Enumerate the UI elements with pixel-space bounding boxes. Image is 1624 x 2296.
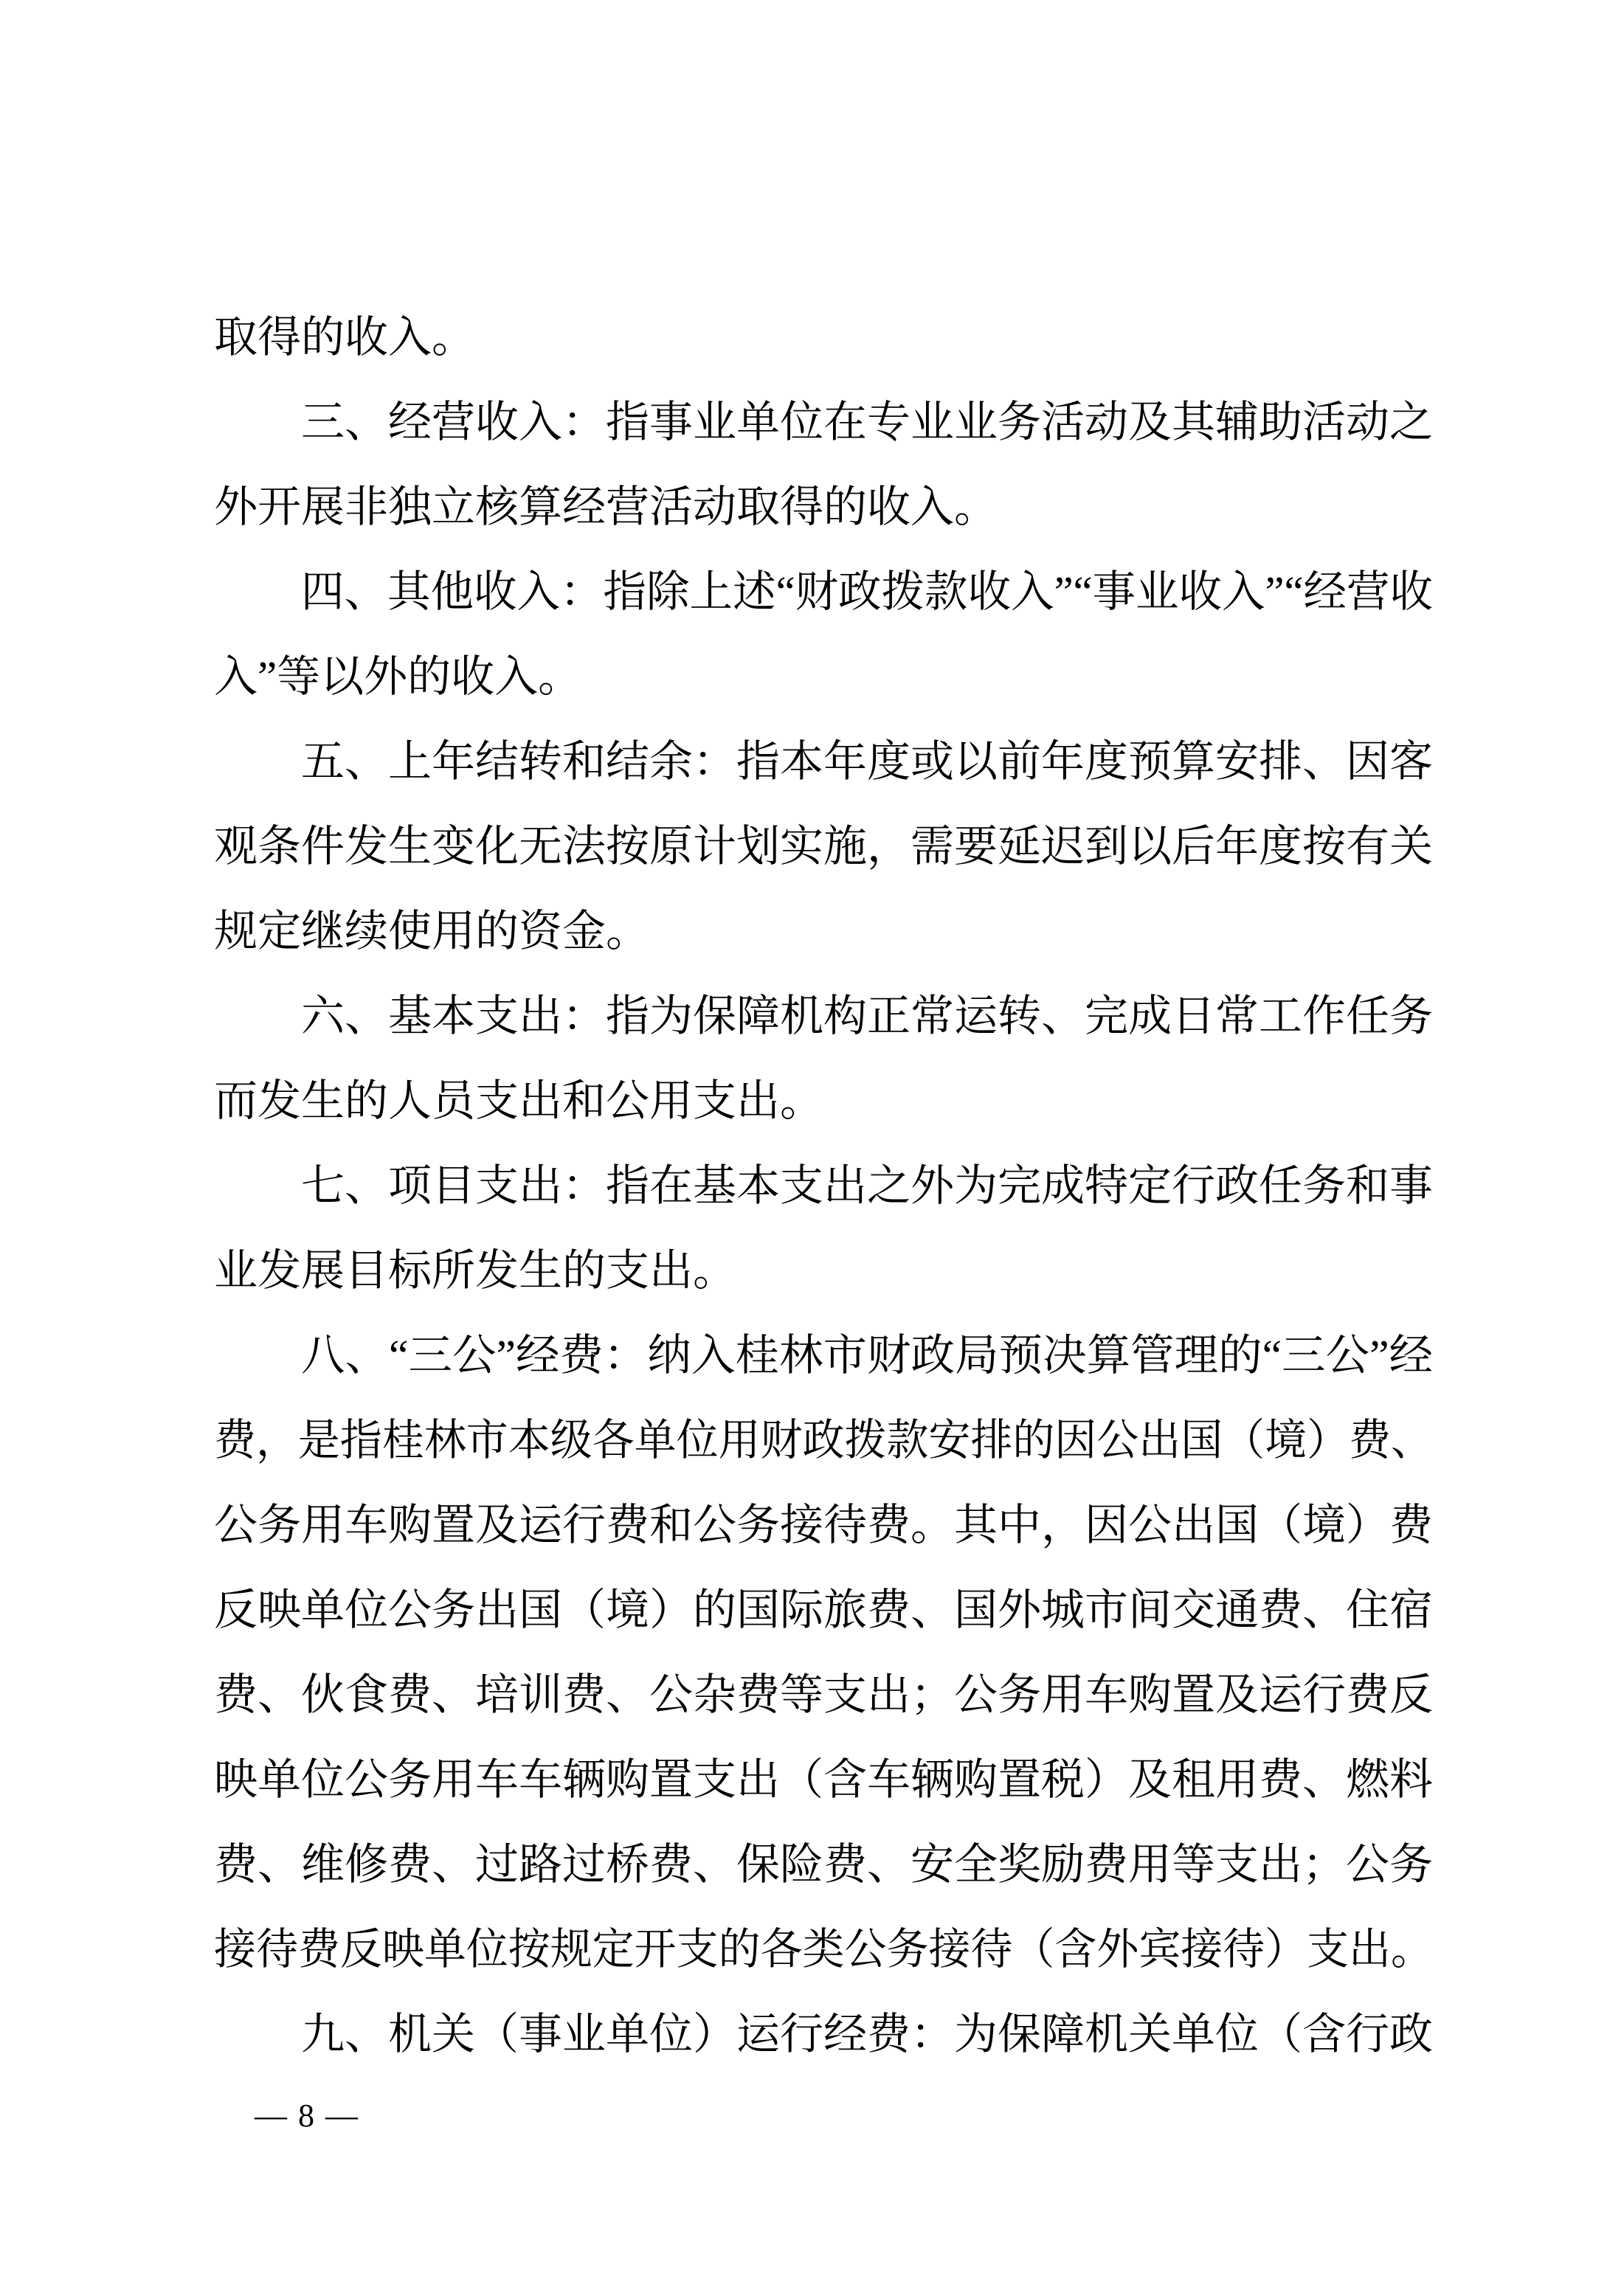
text-line: 外开展非独立核算经营活动取得的收入。 [214, 465, 1433, 550]
text-line-content: 五、上年结转和结余：指本年度或以前年度预算安排、因客 [301, 719, 1433, 804]
text-line: 接待费反映单位按规定开支的各类公务接待（含外宾接待）支出。 [214, 1907, 1433, 1992]
text-line-content: 规定继续使用的资金。 [214, 889, 649, 974]
text-line: 费、维修费、过路过桥费、保险费、安全奖励费用等支出；公务 [214, 1822, 1433, 1907]
text-line: 反映单位公务出国（境）的国际旅费、国外城市间交通费、住宿 [214, 1568, 1433, 1653]
text-line: 三、经营收入：指事业单位在专业业务活动及其辅助活动之 [214, 380, 1433, 465]
text-line-content: 六、基本支出：指为保障机构正常运转、完成日常工作任务 [301, 974, 1433, 1059]
text-line: 费、伙食费、培训费、公杂费等支出；公务用车购置及运行费反 [214, 1653, 1433, 1737]
page-number: — 8 — [255, 2094, 359, 2138]
text-line: 规定继续使用的资金。 [214, 889, 1433, 974]
text-line: 而发生的人员支出和公用支出。 [214, 1059, 1433, 1144]
text-line-content: 外开展非独立核算经营活动取得的收入。 [214, 465, 998, 550]
text-line: 费，是指桂林市本级各单位用财政拨款安排的因公出国（境）费、 [214, 1398, 1433, 1483]
text-line-content: 四、其他收入：指除上述“财政拨款收入”“事业收入”“经营收 [301, 550, 1433, 634]
text-line-content: 七、项目支出：指在基本支出之外为完成特定行政任务和事 [301, 1144, 1433, 1228]
text-line-content: 业发展目标所发生的支出。 [214, 1228, 736, 1313]
text-line-content: 费、伙食费、培训费、公杂费等支出；公务用车购置及运行费反 [214, 1653, 1433, 1737]
document-page: 取得的收入。三、经营收入：指事业单位在专业业务活动及其辅助活动之外开展非独立核算… [0, 0, 1624, 2296]
text-line-content: 而发生的人员支出和公用支出。 [214, 1059, 823, 1144]
text-line-content: 接待费反映单位按规定开支的各类公务接待（含外宾接待）支出。 [214, 1907, 1433, 1992]
text-line: 八、“三公”经费：纳入桂林市财政局预决算管理的“三公”经 [214, 1313, 1433, 1398]
text-line: 九、机关（事业单位）运行经费：为保障机关单位（含行政 [214, 1992, 1433, 2077]
text-line-content: 费、维修费、过路过桥费、保险费、安全奖励费用等支出；公务 [214, 1822, 1433, 1907]
text-line-content: 取得的收入。 [214, 295, 475, 380]
text-line-content: 费，是指桂林市本级各单位用财政拨款安排的因公出国（境）费、 [214, 1398, 1433, 1483]
text-line-content: 入”等以外的收入。 [214, 634, 581, 719]
text-line-content: 九、机关（事业单位）运行经费：为保障机关单位（含行政 [301, 1992, 1433, 2077]
text-line-content: 八、“三公”经费：纳入桂林市财政局预决算管理的“三公”经 [301, 1313, 1433, 1398]
text-line: 业发展目标所发生的支出。 [214, 1228, 1433, 1313]
text-line-content: 映单位公务用车车辆购置支出（含车辆购置税）及租用费、燃料 [214, 1737, 1433, 1822]
text-line-content: 公务用车购置及运行费和公务接待费。其中，因公出国（境）费 [214, 1483, 1433, 1568]
text-line-content: 三、经营收入：指事业单位在专业业务活动及其辅助活动之 [301, 380, 1433, 465]
text-line: 六、基本支出：指为保障机构正常运转、完成日常工作任务 [214, 974, 1433, 1059]
text-line: 五、上年结转和结余：指本年度或以前年度预算安排、因客 [214, 719, 1433, 804]
text-line: 四、其他收入：指除上述“财政拨款收入”“事业收入”“经营收 [214, 550, 1433, 634]
text-line: 取得的收入。 [214, 295, 1433, 380]
text-line-content: 观条件发生变化无法按原计划实施，需要延迟到以后年度按有关 [214, 804, 1433, 889]
text-line: 七、项目支出：指在基本支出之外为完成特定行政任务和事 [214, 1144, 1433, 1228]
text-line: 观条件发生变化无法按原计划实施，需要延迟到以后年度按有关 [214, 804, 1433, 889]
text-line-content: 反映单位公务出国（境）的国际旅费、国外城市间交通费、住宿 [214, 1568, 1433, 1653]
text-line: 入”等以外的收入。 [214, 634, 1433, 719]
document-body: 取得的收入。三、经营收入：指事业单位在专业业务活动及其辅助活动之外开展非独立核算… [214, 295, 1433, 2077]
text-line: 映单位公务用车车辆购置支出（含车辆购置税）及租用费、燃料 [214, 1737, 1433, 1822]
text-line: 公务用车购置及运行费和公务接待费。其中，因公出国（境）费 [214, 1483, 1433, 1568]
